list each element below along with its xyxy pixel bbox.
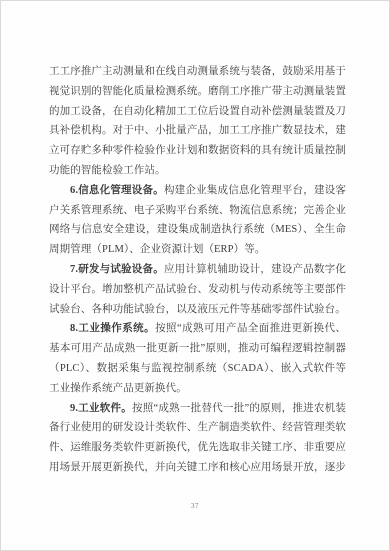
paragraph: 6.信息化管理设备。构建企业集成信息化管理平台，建设客户关系管理系统、电子采购平…: [49, 181, 346, 260]
paragraph-lead: 9.工业软件。: [70, 403, 132, 414]
paragraph: 8.工业操作系统。按照“成熟可用产品全面推进更新换代、基本可用产品成熟一批更新一…: [49, 319, 346, 398]
paragraph: 工工序推广主动测量和在线自动测量系统与装备，鼓励采用基于视觉识别的智能化质量检测…: [49, 62, 346, 181]
paragraph-lead: 6.信息化管理设备。: [70, 185, 164, 196]
page-number: 37: [1, 502, 389, 510]
document-page: 工工序推广主动测量和在线自动测量系统与装备，鼓励采用基于视觉识别的智能化质量检测…: [0, 0, 390, 551]
document-body: 工工序推广主动测量和在线自动测量系统与装备，鼓励采用基于视觉识别的智能化质量检测…: [49, 62, 346, 478]
paragraph-lead: 7.研发与试验设备。: [70, 264, 164, 275]
paragraph: 9.工业软件。按照“成熟一批替代一批”的原则，推进农机装备行业使用的研发设计类软…: [49, 399, 346, 478]
paragraph-lead: 8.工业操作系统。: [70, 323, 155, 334]
paragraph: 7.研发与试验设备。应用计算机辅助设计，建设产品数字化设计平台。增加整机产品试验…: [49, 260, 346, 319]
